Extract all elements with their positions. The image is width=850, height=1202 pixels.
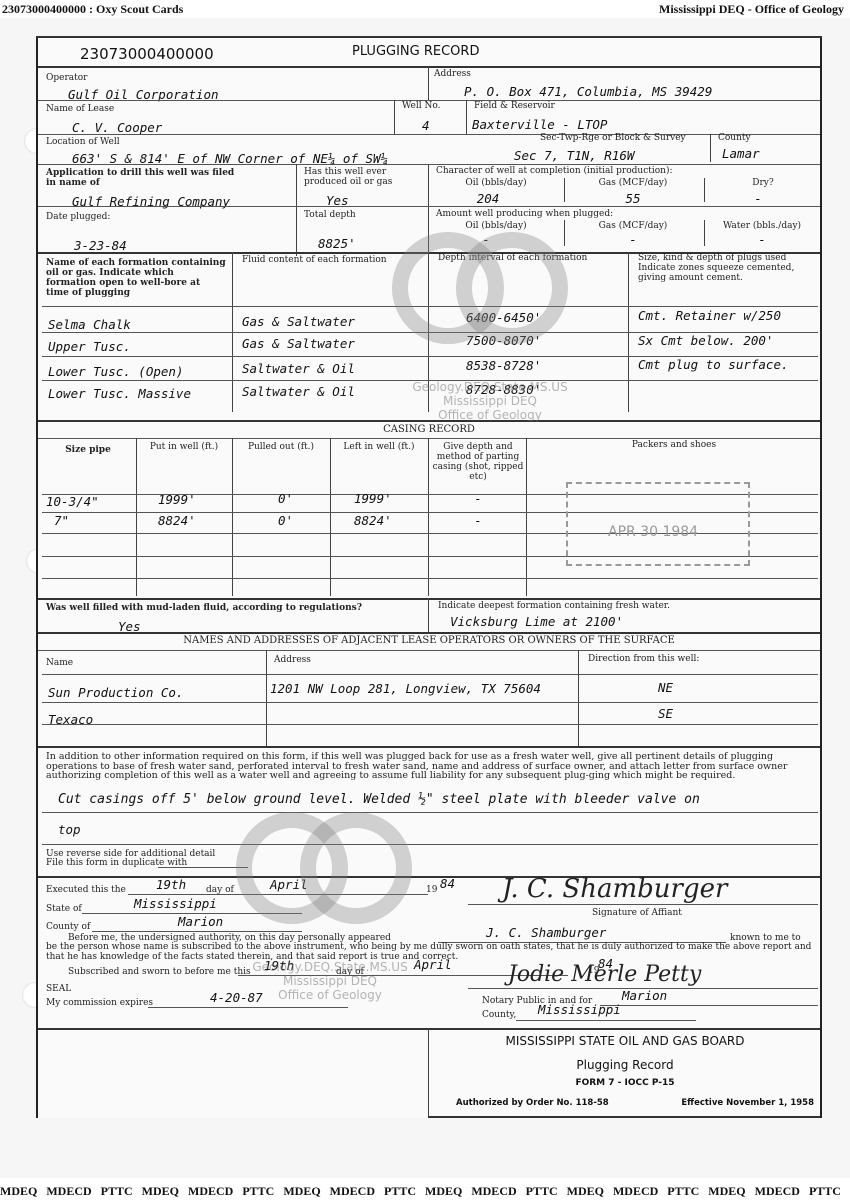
adjacent-name-header: Name: [46, 658, 73, 668]
subscribed-month: April: [414, 957, 452, 972]
casing-size: 7": [54, 513, 69, 528]
adjacent-name: Sun Production Co.: [48, 685, 183, 700]
plugged-oil-value: -: [436, 232, 536, 247]
completion-oil-label: Oil (bbls/day): [436, 178, 556, 188]
formation-plugs: Cmt. Retainer w/250: [638, 308, 781, 323]
casing-put: 1999': [158, 492, 196, 507]
board-form: FORM 7 - IOCC P-15: [430, 1078, 820, 1088]
well-no-value: 4: [422, 118, 430, 133]
formation-name: Upper Tusc.: [48, 339, 131, 354]
county-value: Lamar: [722, 146, 760, 161]
completion-gas-value: 55: [568, 191, 698, 206]
adjacent-direction: NE: [658, 680, 673, 695]
fresh-water-label: Indicate deepest formation containing fr…: [438, 601, 670, 611]
adjacent-direction-header: Direction from this well:: [588, 654, 699, 664]
mud-label: Was well filled with mud-laden fluid, ac…: [46, 603, 362, 613]
board-order: Authorized by Order No. 118-58: [456, 1098, 609, 1108]
formation-name: Lower Tusc. Massive: [48, 386, 191, 401]
signature-label: Signature of Affiant: [592, 908, 682, 918]
casing-packers-header: Packers and shoes: [528, 440, 820, 450]
casing-title: CASING RECORD: [38, 425, 820, 435]
formation-depth: 8728-8830': [466, 382, 541, 397]
casing-left: 8824': [354, 513, 392, 528]
casing-pulled-header: Pulled out (ft.): [232, 442, 330, 452]
casing-pulled: 0': [278, 491, 293, 506]
notary-county-label: County,: [482, 1010, 516, 1020]
completion-oil-value: 204: [438, 191, 538, 206]
subscribed-day: 19th: [264, 958, 294, 973]
formation-depth: 8538-8728': [466, 358, 541, 373]
adjacent-title: NAMES AND ADDRESSES OF ADJACENT LEASE OP…: [38, 636, 820, 646]
casing-size: 10-3/4": [46, 494, 99, 509]
location-label: Location of Well: [46, 137, 120, 147]
header-title: 23073000400000 : Oxy Scout Cards: [2, 2, 183, 17]
affiant-signature: J. C. Shamburger: [502, 874, 727, 904]
completion-dry-value: -: [708, 191, 808, 206]
application-label: Application to drill this well was filed…: [46, 168, 246, 188]
completion-label: Character of well at completion (initial…: [436, 166, 673, 176]
casing-put-header: Put in well (ft.): [138, 442, 230, 452]
completion-gas-label: Gas (MCF/day): [568, 178, 698, 188]
casing-put: 8824': [158, 513, 196, 528]
notary-county-value: Mississippi: [538, 1002, 621, 1017]
produced-label: Has this well ever produced oil or gas: [304, 167, 424, 187]
field-value: Baxterville - LTOP: [472, 117, 607, 132]
plugging-record-form: 23073000400000 PLUGGING RECORD Operator …: [36, 36, 822, 1118]
field-label: Field & Reservoir: [474, 101, 555, 111]
board-record: Plugging Record: [430, 1058, 820, 1072]
casing-method: -: [430, 513, 526, 528]
page-footer: MDEQ MDECD PTTC MDEQ MDECD PTTC MDEQ MDE…: [0, 1184, 850, 1199]
date-plugged-label: Date plugged:: [46, 212, 110, 222]
formation-depth: 7500-8070': [466, 333, 541, 348]
depth-interval-header: Depth interval of each formation: [438, 253, 628, 263]
casing-left: 1999': [354, 491, 392, 506]
commission-label: My commission expires: [46, 998, 153, 1008]
subscribed-label: Subscribed and sworn to before me this: [68, 967, 251, 977]
executed-label: Executed this the: [46, 885, 126, 895]
board-block: MISSISSIPPI STATE OIL AND GAS BOARD Plug…: [430, 1032, 820, 1114]
appeared-name: J. C. Shamburger: [486, 925, 606, 940]
county-label: County: [718, 133, 751, 143]
county-of-value: Marion: [178, 914, 223, 929]
plugged-oil-label: Oil (bbls/day): [436, 221, 556, 231]
executed-year: 84: [440, 876, 455, 891]
total-depth-label: Total depth: [304, 210, 356, 220]
formation-name-header: Name of each formation containing oil or…: [46, 258, 226, 298]
notary-for-value: Marion: [622, 988, 667, 1003]
casing-size-header: Size pipe: [38, 445, 138, 455]
plugs-header: Size, kind & depth of plugs used Indicat…: [638, 253, 818, 283]
county-of-label: County of: [46, 922, 90, 932]
formation-fluid: Saltwater & Oil: [242, 384, 355, 399]
executed-month: April: [270, 877, 308, 892]
adjacent-address-header: Address: [274, 655, 311, 665]
additional-line1: Cut casings off 5' below ground level. W…: [58, 792, 700, 807]
additional-line2: top: [58, 822, 81, 837]
plugged-water-value: -: [706, 232, 818, 247]
notary-signature: Jodie Merle Petty: [508, 962, 701, 987]
lease-value: C. V. Cooper: [72, 120, 162, 135]
board-name: MISSISSIPPI STATE OIL AND GAS BOARD: [430, 1034, 820, 1048]
date-plugged-value: 3-23-84: [74, 238, 127, 253]
header-source: Mississippi DEQ - Office of Geology: [659, 2, 844, 17]
sec-twp-value: Sec 7, T1N, R16W: [514, 148, 634, 163]
adjacent-direction: SE: [658, 706, 673, 721]
formation-plugs: Cmt plug to surface.: [638, 357, 789, 372]
seal-label: SEAL: [46, 984, 71, 994]
plugged-gas-label: Gas (MCF/day): [568, 221, 698, 231]
completion-dry-label: Dry?: [708, 178, 818, 188]
fluid-content-header: Fluid content of each formation: [242, 255, 422, 265]
additional-instructions: In addition to other information require…: [46, 752, 816, 781]
adjacent-address: 1201 NW Loop 281, Longview, TX 75604: [270, 681, 541, 696]
formation-plugs: Sx Cmt below. 200': [638, 333, 773, 348]
when-plugged-label: Amount well producing when plugged:: [436, 209, 613, 219]
state-label: State of: [46, 904, 82, 914]
formation-fluid: Saltwater & Oil: [242, 361, 355, 376]
formation-fluid: Gas & Saltwater: [242, 336, 355, 351]
casing-method: -: [430, 491, 526, 506]
stamp-date: APR 30 1984: [608, 524, 698, 540]
formation-fluid: Gas & Saltwater: [242, 314, 355, 329]
state-value: Mississippi: [134, 896, 217, 911]
commission-value: 4-20-87: [210, 990, 263, 1005]
well-no-label: Well No.: [402, 101, 440, 111]
lease-label: Name of Lease: [46, 104, 114, 114]
operator-label: Operator: [46, 73, 87, 83]
page-header: 23073000400000 : Oxy Scout Cards Mississ…: [0, 0, 850, 18]
address-label: Address: [434, 69, 471, 79]
plugged-water-label: Water (bbls./day): [706, 221, 818, 231]
fresh-water-value: Vicksburg Lime at 2100': [450, 614, 623, 629]
received-stamp: APR 30 1984: [566, 482, 750, 566]
formation-depth: 6400-6450': [466, 310, 541, 325]
plugged-gas-value: -: [568, 232, 698, 247]
board-effective: Effective November 1, 1958: [681, 1098, 814, 1108]
total-depth-value: 8825': [318, 236, 356, 251]
address-value: P. O. Box 471, Columbia, MS 39429: [464, 84, 712, 99]
executed-year-prefix: 19: [426, 885, 437, 895]
api-number: 23073000400000: [80, 45, 214, 63]
casing-pulled: 0': [278, 513, 293, 528]
formation-name: Selma Chalk: [48, 317, 131, 332]
casing-method-header: Give depth and method of parting casing …: [430, 442, 526, 482]
casing-left-header: Left in well (ft.): [330, 442, 428, 452]
sec-twp-label: Sec-Twp-Rge or Block & Survey: [540, 133, 686, 143]
executed-day: 19th: [156, 877, 186, 892]
formation-name: Lower Tusc. (Open): [48, 364, 183, 379]
form-title: PLUGGING RECORD: [352, 44, 479, 59]
